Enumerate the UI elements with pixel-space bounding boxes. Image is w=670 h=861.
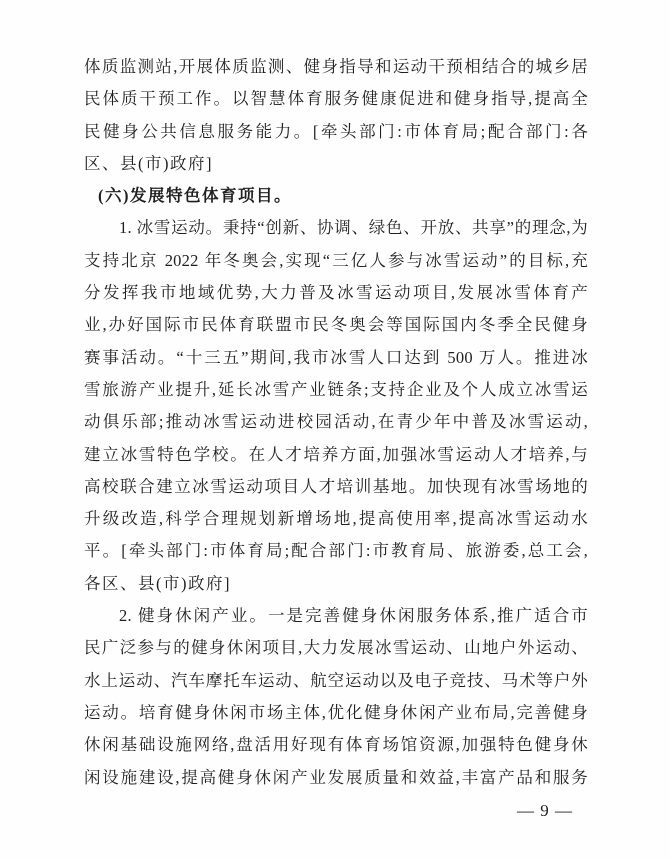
text-line: 支持北京 2022 年冬奥会,实现“三亿人参与冰雪运动”的目标,充 (84, 245, 588, 277)
section-heading: (六)发展特色体育项目。 (84, 180, 588, 212)
text-line: 2. 健身休闲产业。一是完善健身休闲服务体系,推广适合市 (84, 600, 588, 632)
text-line: 动俱乐部;推动冰雪运动进校园活动,在青少年中普及冰雪运动, (84, 406, 588, 438)
page-number: — 9 — (517, 801, 573, 821)
text-line: 水上运动、汽车摩托车运动、航空运动以及电子竞技、马术等户外 (84, 665, 588, 697)
text-line: 民体质干预工作。以智慧体育服务健康促进和健身指导,提高全 (84, 83, 588, 115)
text-line: 建立冰雪特色学校。在人才培养方面,加强冰雪运动人才培养,与 (84, 439, 588, 471)
text-line: 运动。培育健身休闲市场主体,优化健身休闲产业布局,完善健身 (84, 697, 588, 729)
text-line: 1. 冰雪运动。秉持“创新、协调、绿色、开放、共享”的理念,为 (84, 212, 588, 244)
text-line: 民健身公共信息服务能力。[牵头部门:市体育局;配合部门:各 (84, 116, 588, 148)
text-line: 赛事活动。“十三五”期间,我市冰雪人口达到 500 万人。推进冰 (84, 342, 588, 374)
text-line: 民广泛参与的健身休闲项目,大力发展冰雪运动、山地户外运动、 (84, 632, 588, 664)
text-line: 升级改造,科学合理规划新增场地,提高使用率,提高冰雪运动水 (84, 503, 588, 535)
text-line: 区、县(市)政府] (84, 148, 588, 180)
text-line: 业,办好国际市民体育联盟市民冬奥会等国际国内冬季全民健身 (84, 309, 588, 341)
text-line: 高校联合建立冰雪运动项目人才培训基地。加快现有冰雪场地的 (84, 471, 588, 503)
text-line: 雪旅游产业提升,延长冰雪产业链条;支持企业及个人成立冰雪运 (84, 374, 588, 406)
document-body: 体质监测站,开展体质监测、健身指导和运动干预相结合的城乡居 民体质干预工作。以智… (84, 51, 588, 794)
text-line: 平。[牵头部门:市体育局;配合部门:市教育局、旅游委,总工会, (84, 535, 588, 567)
text-line: 分发挥我市地域优势,大力普及冰雪运动项目,发展冰雪体育产 (84, 277, 588, 309)
text-line: 体质监测站,开展体质监测、健身指导和运动干预相结合的城乡居 (84, 51, 588, 83)
document-page: 体质监测站,开展体质监测、健身指导和运动干预相结合的城乡居 民体质干预工作。以智… (0, 0, 670, 861)
text-line: 闲设施建设,提高健身休闲产业发展质量和效益,丰富产品和服务 (84, 762, 588, 794)
text-line: 各区、县(市)政府] (84, 568, 588, 600)
text-line: 休闲基础设施网络,盘活用好现有体育场馆资源,加强特色健身休 (84, 729, 588, 761)
